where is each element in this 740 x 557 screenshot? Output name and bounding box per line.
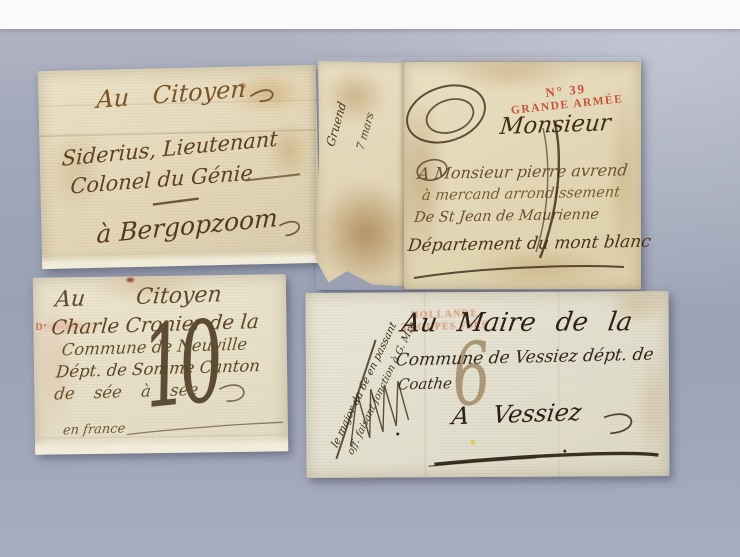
- address-line: à Bergopzoom: [96, 203, 278, 249]
- letter-top-left: Au Citoyen Siderius, Lieutenant Colonel …: [38, 65, 320, 269]
- address-line: Département du mont blanc: [407, 232, 652, 256]
- flap-note-line: Gruend: [323, 100, 349, 149]
- stamp-fragment: Dᵉ: [35, 322, 47, 334]
- letter-front-panel: N° 39 GRANDE ARMÉE Monsieur A Monsieur p…: [404, 62, 641, 289]
- stain: [44, 125, 106, 216]
- fold-edge: [42, 249, 320, 269]
- background-top-strip: [0, 0, 740, 29]
- flap-note-line: 7 mars: [354, 110, 377, 152]
- address-line: Au Citoyen: [96, 75, 246, 114]
- ink-speck: [396, 432, 399, 435]
- address-line: A Vessiez: [450, 398, 583, 430]
- wax-spot: [125, 276, 136, 283]
- ink-speck: [563, 450, 566, 453]
- letter-bottom-left: Dᵉ 10 Au Citoyen Charle Cronier de la Co…: [33, 274, 288, 455]
- letter-bottom-right: HOLLANDE TROUPES FSES 6 Au Maire de la C…: [306, 291, 670, 478]
- address-line: en france: [62, 421, 126, 438]
- letter-top-right: Gruend 7 mars N° 39 GRANDE ARMÉE Monsieu…: [316, 57, 641, 290]
- stain: [316, 181, 416, 286]
- yellow-speck: [470, 440, 475, 445]
- photo-four-antique-letters: Au Citoyen Siderius, Lieutenant Colonel …: [0, 0, 740, 557]
- address-line: Dépt. de Somme Canton: [55, 356, 261, 381]
- address-line: Monsieur: [499, 110, 612, 140]
- address-line: Commune de Vessiez dépt. de: [395, 345, 655, 371]
- address-line: A Monsieur pierre avrend: [417, 160, 629, 183]
- address-line: De St Jean de Maurienne: [413, 207, 600, 226]
- address-line: à mercand arrondissement: [421, 185, 621, 204]
- address-line: Coathe: [397, 374, 453, 393]
- address-line: Au Citoyen: [54, 282, 223, 312]
- address-line: Au Maire de la: [399, 307, 634, 338]
